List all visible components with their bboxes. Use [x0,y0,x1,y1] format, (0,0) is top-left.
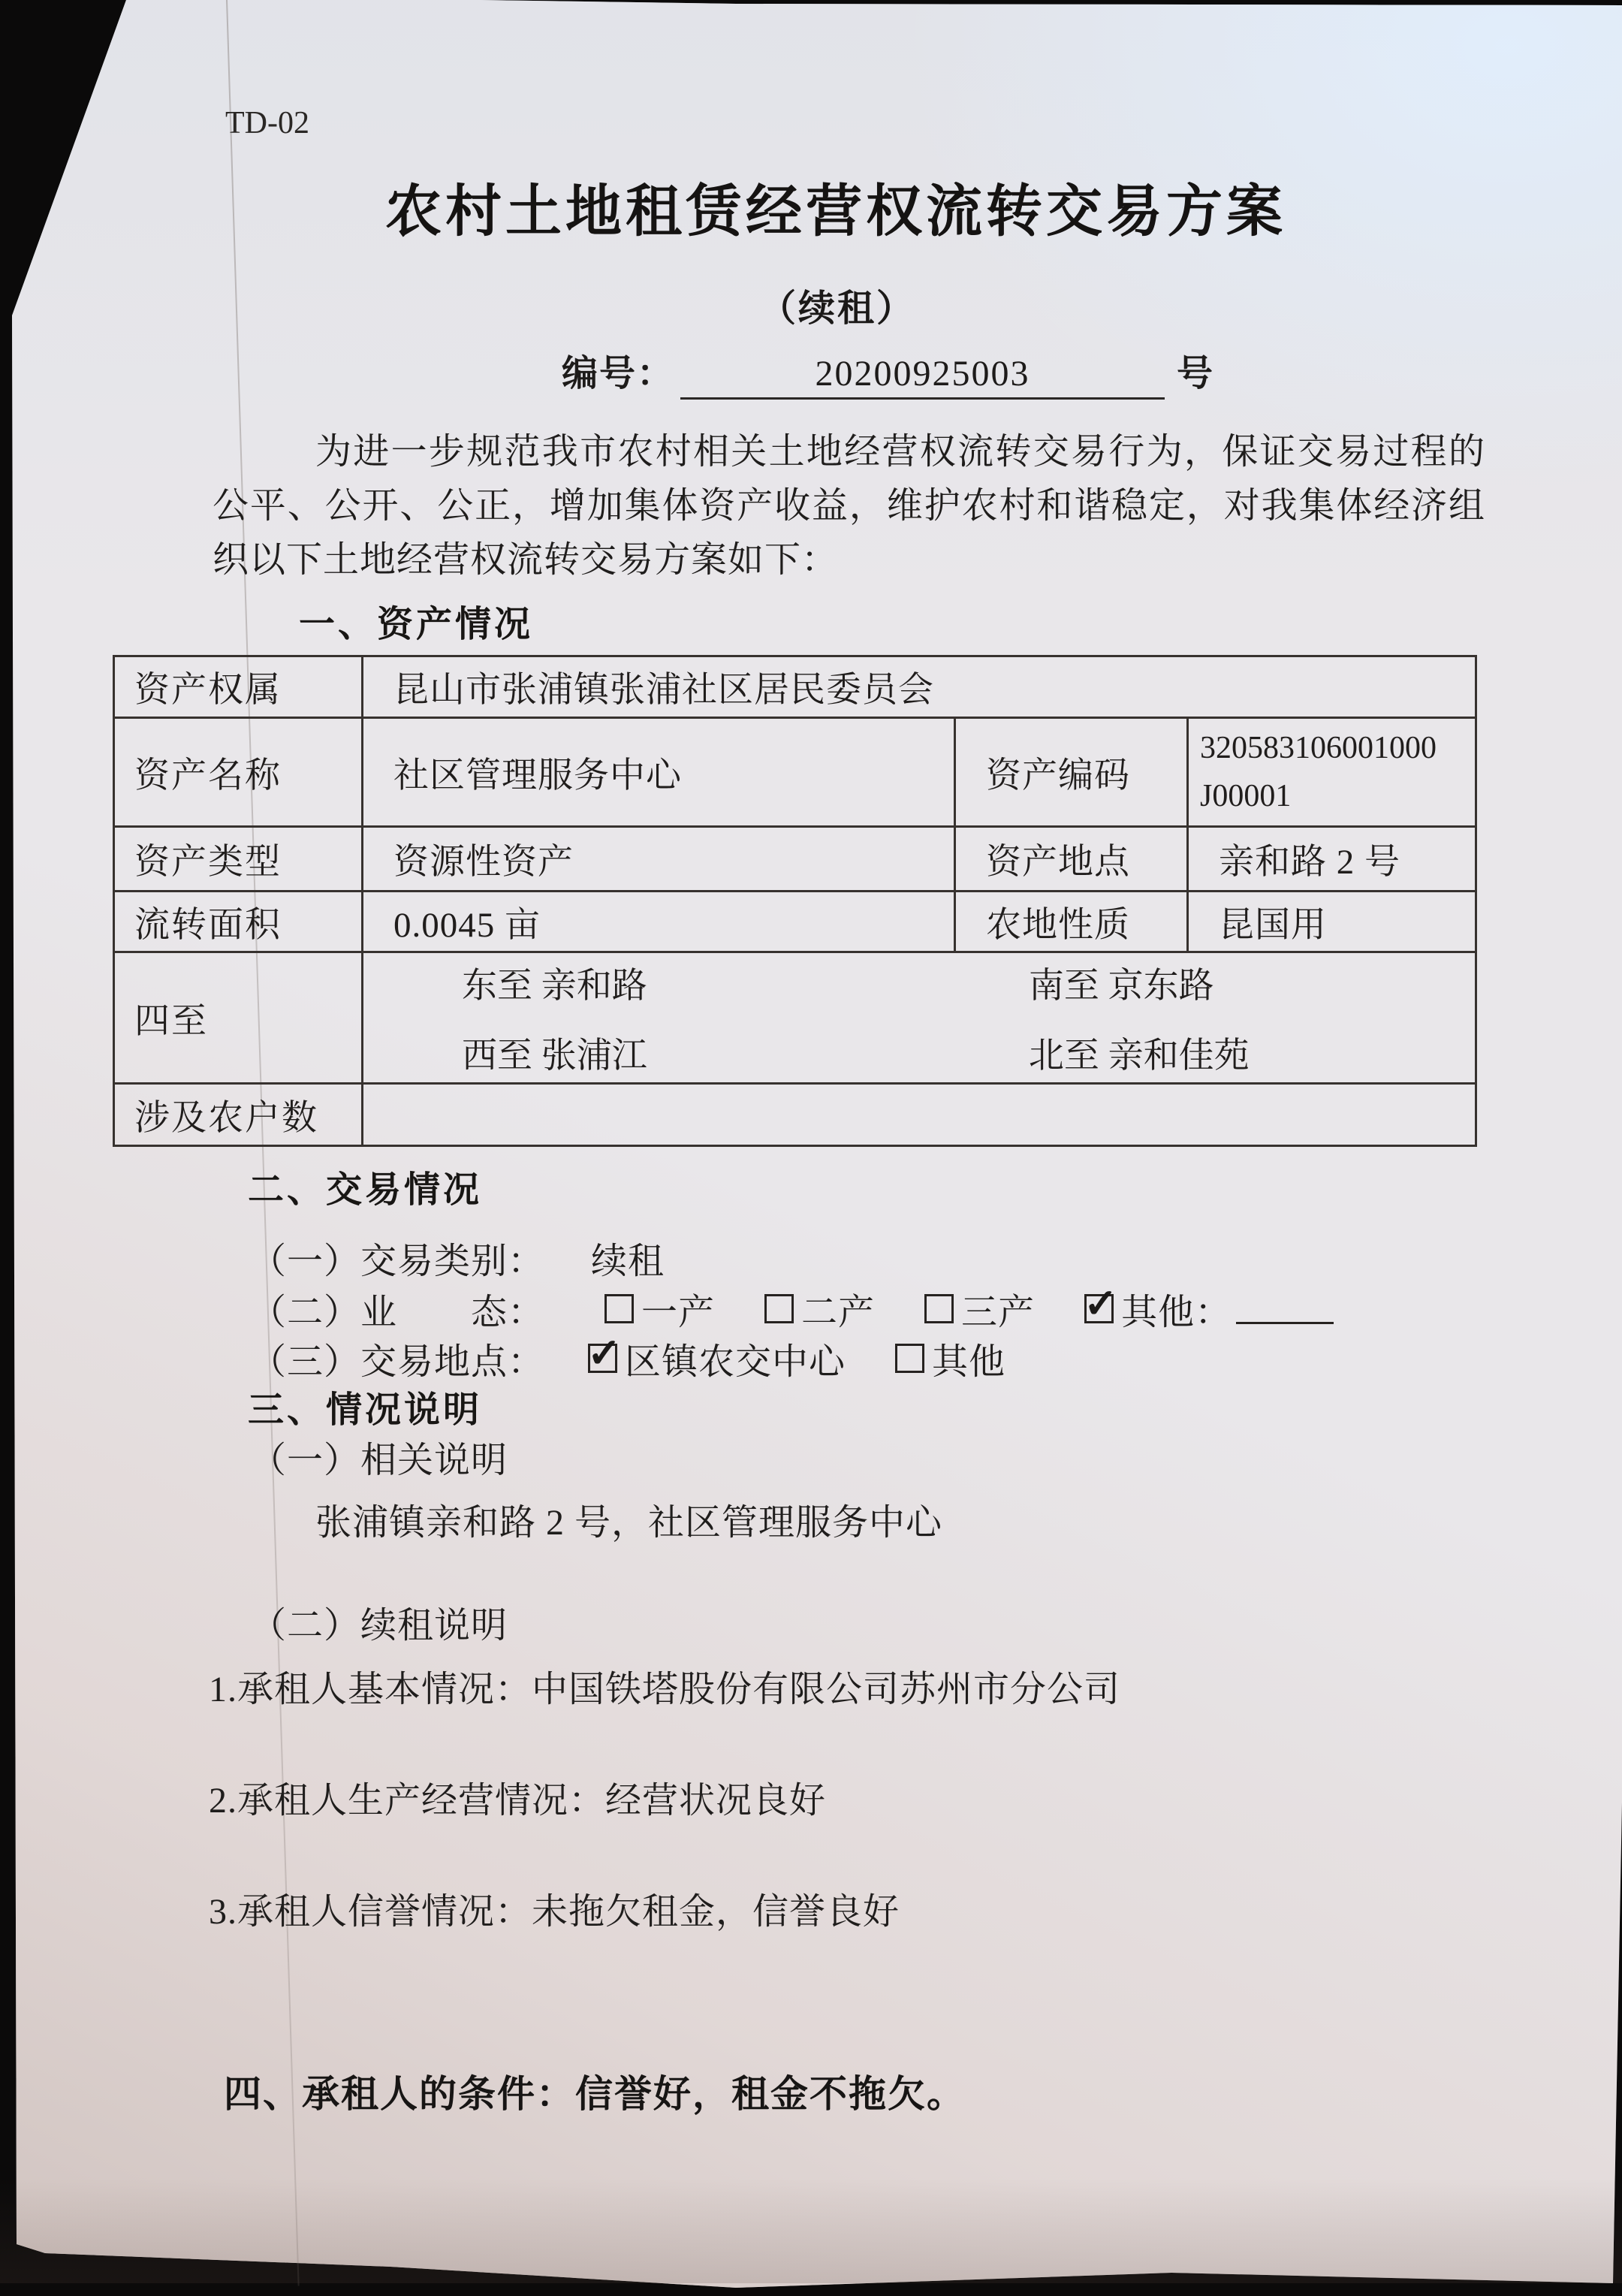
section4-line: 四、承租人的条件：信誉好，租金不拖欠。 [224,2064,966,2118]
checkbox-option-secondary: 二产 [764,1283,875,1335]
boundary-west: 西至 张浦江 [462,1027,1029,1078]
asset-type-value: 资源性资产 [363,827,955,892]
section3-heading: 三、情况说明 [248,1380,482,1432]
checkbox-icon [1084,1294,1114,1323]
checkbox-icon [588,1344,617,1373]
checkbox-option-trade-center: 区镇农交中心 [588,1332,846,1384]
renewal-item-lessee-operation: 2.承租人生产经营情况：经营状况良好 [209,1771,826,1823]
transaction-location-row: （三）交易地点： 区镇农交中心 其他 [250,1332,1005,1384]
number-suffix: 号 [1177,354,1213,394]
boundary-east: 东至 亲和路 [462,958,1029,1008]
document-subtitle: （续租） [0,279,1622,332]
related-note-heading: （一）相关说明 [250,1431,508,1483]
business-type-row: （二）业 态： 一产 二产 三产 其他： [250,1283,1334,1335]
land-nature-value: 昆国用 [1188,892,1476,952]
section4-text: 信誉好，租金不拖欠。 [575,2073,966,2115]
asset-owner-label: 资产权属 [114,656,363,718]
number-value: 20200925003 [816,354,1030,394]
transaction-type-row: （一）交易类别：续租 [250,1232,665,1284]
boundary-north: 北至 亲和佳苑 [1029,1027,1474,1078]
households-label: 涉及农户数 [114,1084,363,1146]
asset-name-row: 资产名称 社区管理服务中心 资产编码 320583106001000 J0000… [114,718,1476,827]
checkbox-option-primary: 一产 [604,1283,715,1335]
transaction-location-label: （三）交易地点： [250,1332,544,1384]
asset-owner-row: 资产权属 昆山市张浦镇张浦社区居民委员会 [114,656,1476,718]
households-value [363,1084,1476,1146]
checkbox-option-label: 其他 [932,1332,1005,1384]
business-type-label: （二）业 态： [250,1283,544,1335]
asset-code-line1: 320583106001000 [1200,730,1470,766]
transfer-area-label: 流转面积 [114,892,363,952]
asset-location-value: 亲和路 2 号 [1188,827,1476,892]
boundaries-label: 四至 [114,952,363,1084]
document-title: 农村土地租赁经营权流转交易方案 [0,167,1622,247]
checkbox-option-label: 三产 [961,1283,1035,1335]
checkbox-icon [895,1344,924,1373]
number-underline: 20200925003 [680,353,1165,400]
intro-paragraph: 为进一步规范我市农村相关土地经营权流转交易行为，保证交易过程的公平、公开、公正，… [213,425,1485,587]
households-row: 涉及农户数 [114,1084,1476,1146]
renewal-item-lessee-credit: 3.承租人信誉情况：未拖欠租金，信誉良好 [209,1882,900,1934]
boundary-south: 南至 京东路 [1029,958,1474,1008]
land-nature-label: 农地性质 [955,892,1188,952]
asset-name-value: 社区管理服务中心 [363,718,955,827]
section2-heading: 二、交易情况 [248,1160,482,1212]
section1-heading: 一、资产情况 [299,595,533,647]
checkbox-option-label: 一产 [641,1283,715,1335]
renewal-item-lessee-basic: 1.承租人基本情况：中国铁塔股份有限公司苏州市分公司 [209,1660,1120,1712]
photo-of-document: { "form_code": "TD-02", "title": "农村土地租赁… [0,0,1622,2296]
boundaries-value: 东至 亲和路 南至 京东路 西至 张浦江 北至 亲和佳苑 [363,952,1476,1084]
other-blank-line [1236,1293,1334,1324]
checkbox-option-other: 其他： [1084,1283,1334,1335]
renewal-note-heading: （二）续租说明 [250,1596,508,1648]
asset-table: 资产权属 昆山市张浦镇张浦社区居民委员会 资产名称 社区管理服务中心 资产编码 … [113,655,1477,1147]
transfer-area-value: 0.0045 亩 [363,892,955,952]
checkbox-icon [764,1294,794,1323]
transaction-type-label: （一）交易类别： [250,1242,544,1281]
form-code: TD-02 [225,105,309,141]
checkbox-icon [604,1294,634,1323]
checkbox-option-location-other: 其他 [895,1332,1005,1384]
checkbox-option-label: 二产 [801,1283,875,1335]
checkbox-option-label: 其他： [1121,1283,1232,1335]
asset-location-label: 资产地点 [955,827,1188,892]
document-number-line: 编号：20200925003号 [562,344,1213,400]
transaction-type-value: 续租 [591,1242,665,1281]
asset-type-label: 资产类型 [114,827,363,892]
related-note-text: 张浦镇亲和路 2 号，社区管理服务中心 [315,1493,942,1545]
number-label: 编号： [562,354,674,394]
asset-owner-value: 昆山市张浦镇张浦社区居民委员会 [363,656,1476,718]
asset-name-label: 资产名称 [114,718,363,827]
section4-label: 四、承租人的条件： [224,2073,575,2115]
checkbox-option-tertiary: 三产 [924,1283,1035,1335]
transfer-area-row: 流转面积 0.0045 亩 农地性质 昆国用 [114,892,1476,952]
asset-type-row: 资产类型 资源性资产 资产地点 亲和路 2 号 [114,827,1476,892]
checkbox-option-label: 区镇农交中心 [625,1332,846,1384]
checkbox-icon [924,1294,954,1323]
asset-code-label: 资产编码 [955,718,1188,827]
asset-code-line2: J00001 [1200,778,1470,814]
boundaries-row: 四至 东至 亲和路 南至 京东路 西至 张浦江 北至 亲和佳苑 [114,952,1476,1084]
asset-code-value: 320583106001000 J00001 [1188,718,1476,827]
